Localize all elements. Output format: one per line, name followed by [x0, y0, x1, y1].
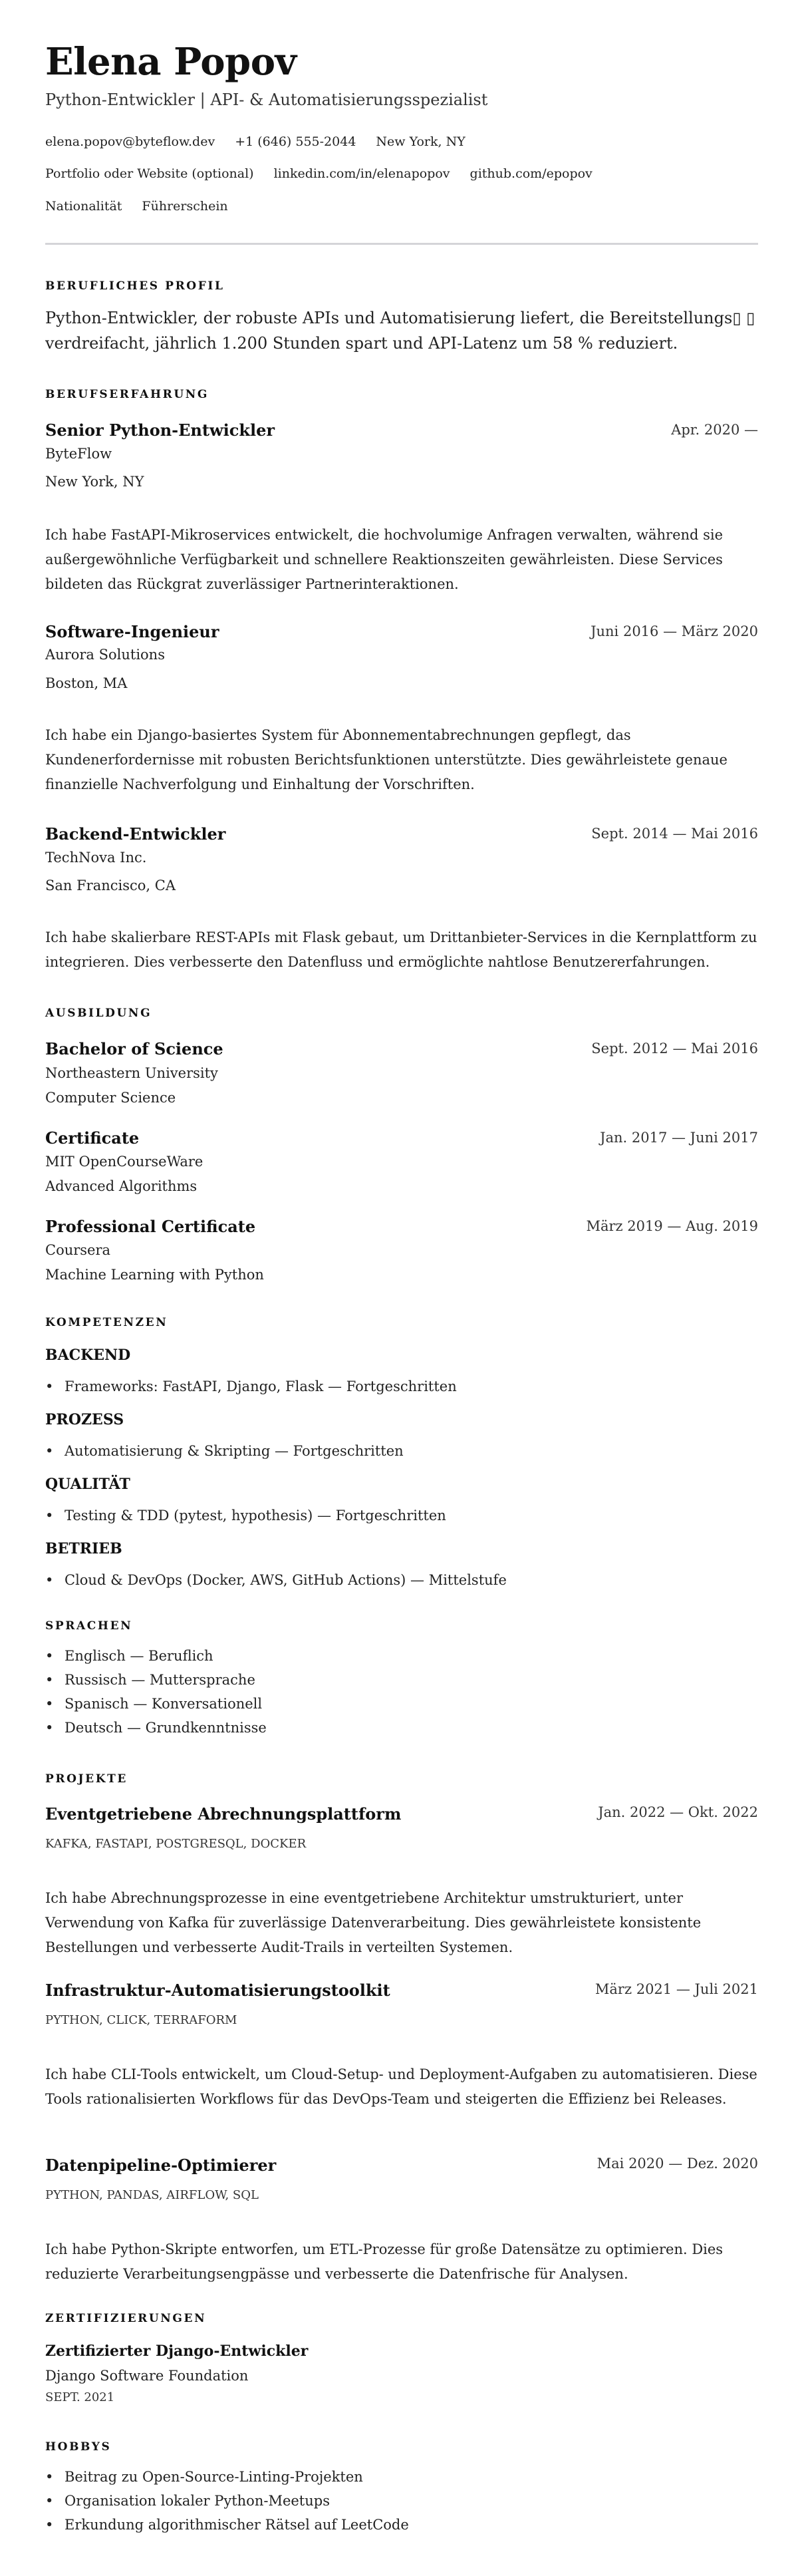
skill-item: •Cloud & DevOps (Docker, AWS, GitHub Act…: [45, 1571, 507, 1589]
bullet-icon: •: [45, 1671, 65, 1689]
contact-row-links: Portfolio oder Website (optional) linked…: [45, 165, 593, 182]
education-field: Computer Science: [45, 1088, 176, 1107]
project-description: Ich habe Python-Skripte entworfen, um ET…: [45, 2237, 758, 2287]
education-dates: März 2019 — Aug. 2019: [586, 1217, 758, 1235]
project-description: Ich habe Abrechnungsprozesse in eine eve…: [45, 1886, 758, 1960]
education-institution: Coursera: [45, 1241, 110, 1259]
section-heading-certifications: Zertifizierungen: [45, 2311, 206, 2326]
bullet-icon: •: [45, 2468, 65, 2486]
contact-portfolio[interactable]: Portfolio oder Website (optional): [45, 165, 254, 182]
contact-drivers-license: Führerschein: [142, 198, 227, 215]
job-company: Aurora Solutions: [45, 645, 165, 664]
job-dates: Juni 2016 — März 2020: [591, 622, 758, 641]
job-title: Senior Python-Entwickler: [45, 420, 275, 440]
skill-item: •Frameworks: FastAPI, Django, Flask — Fo…: [45, 1377, 457, 1396]
skill-item: •Automatisierung & Skripting — Fortgesch…: [45, 1442, 404, 1460]
candidate-headline: Python-Entwickler | API- & Automatisieru…: [45, 89, 487, 110]
job-description: Ich habe skalierbare REST-APIs mit Flask…: [45, 925, 758, 975]
contact-row-primary: elena.popov@byteflow.dev +1 (646) 555-20…: [45, 133, 465, 150]
skill-group-heading: Betrieb: [45, 1539, 122, 1558]
header-divider: [45, 243, 758, 245]
education-institution: Northeastern University: [45, 1064, 218, 1082]
contact-location: New York, NY: [376, 133, 465, 150]
project-title: Infrastruktur-Automatisierungstoolkit: [45, 1981, 390, 2001]
job-title: Backend-Entwickler: [45, 824, 225, 844]
skill-group-heading: Prozess: [45, 1410, 124, 1429]
education-field: Machine Learning with Python: [45, 1265, 264, 1284]
bullet-icon: •: [45, 1377, 65, 1396]
contact-github[interactable]: github.com/epopov: [470, 165, 593, 182]
project-tech-tags: Kafka, FastAPI, PostgreSQL, Docker: [45, 1836, 306, 1852]
contact-linkedin[interactable]: linkedin.com/in/elenapopov: [274, 165, 450, 182]
section-heading-education: Ausbildung: [45, 1006, 152, 1021]
contact-phone[interactable]: +1 (646) 555-2044: [235, 133, 356, 150]
hobby-item: •Organisation lokaler Python-Meetups: [45, 2492, 330, 2510]
project-dates: Jan. 2022 — Okt. 2022: [598, 1803, 758, 1822]
profile-summary: Python-Entwickler, der robuste APIs und …: [45, 305, 758, 356]
job-dates: Sept. 2014 — Mai 2016: [591, 824, 758, 843]
certification-title: Zertifizierter Django-Entwickler: [45, 2342, 308, 2360]
job-location: New York, NY: [45, 472, 144, 491]
hobby-item: •Beitrag zu Open-Source-Linting-Projekte…: [45, 2468, 363, 2486]
bullet-icon: •: [45, 1442, 65, 1460]
project-dates: März 2021 — Juli 2021: [595, 1980, 758, 1999]
section-heading-hobbies: Hobbys: [45, 2440, 111, 2454]
project-title: Eventgetriebene Abrechnungsplattform: [45, 1804, 401, 1824]
education-dates: Jan. 2017 — Juni 2017: [600, 1128, 758, 1147]
hobby-item: •Erkundung algorithmischer Rätsel auf Le…: [45, 2515, 409, 2534]
project-title: Datenpipeline-Optimierer: [45, 2156, 276, 2175]
bullet-icon: •: [45, 1694, 65, 1713]
language-item: •Englisch — Beruflich: [45, 1647, 213, 1665]
bullet-icon: •: [45, 1718, 65, 1737]
bullet-icon: •: [45, 2515, 65, 2534]
skill-item: •Testing & TDD (pytest, hypothesis) — Fo…: [45, 1506, 446, 1525]
job-company: ByteFlow: [45, 444, 112, 463]
contact-email[interactable]: elena.popov@byteflow.dev: [45, 133, 215, 150]
job-location: Boston, MA: [45, 674, 127, 693]
education-institution: MIT OpenCourseWare: [45, 1152, 203, 1171]
bullet-icon: •: [45, 1506, 65, 1525]
language-item: •Spanisch — Konversationell: [45, 1694, 262, 1713]
job-location: San Francisco, CA: [45, 876, 176, 895]
job-title: Software-Ingenieur: [45, 622, 219, 642]
job-description: Ich habe ein Django-basiertes System für…: [45, 723, 758, 797]
skill-group-heading: Qualität: [45, 1475, 130, 1494]
degree-title: Professional Certificate: [45, 1217, 255, 1237]
bullet-icon: •: [45, 1571, 65, 1589]
section-heading-experience: Berufserfahrung: [45, 387, 209, 402]
skill-group-heading: Backend: [45, 1346, 130, 1365]
degree-title: Certificate: [45, 1128, 139, 1148]
section-heading-skills: Kompetenzen: [45, 1315, 168, 1330]
project-tech-tags: Python, Click, Terraform: [45, 2012, 237, 2028]
contact-nationality: Nationalität: [45, 198, 122, 215]
certification-issuer: Django Software Foundation: [45, 2366, 248, 2385]
project-tech-tags: Python, Pandas, Airflow, SQL: [45, 2187, 259, 2203]
degree-title: Bachelor of Science: [45, 1039, 223, 1059]
project-description: Ich habe CLI-Tools entwickelt, um Cloud-…: [45, 2062, 758, 2112]
education-field: Advanced Algorithms: [45, 1177, 197, 1196]
job-company: TechNova Inc.: [45, 848, 146, 867]
language-item: •Russisch — Muttersprache: [45, 1671, 255, 1689]
education-dates: Sept. 2012 — Mai 2016: [591, 1039, 758, 1058]
job-description: Ich habe FastAPI-Mikroservices entwickel…: [45, 523, 758, 597]
project-dates: Mai 2020 — Dez. 2020: [597, 2154, 758, 2173]
bullet-icon: •: [45, 1647, 65, 1665]
bullet-icon: •: [45, 2492, 65, 2510]
section-heading-languages: Sprachen: [45, 1619, 132, 1633]
contact-row-personal: Nationalität Führerschein: [45, 198, 228, 215]
language-item: •Deutsch — Grundkenntnisse: [45, 1718, 267, 1737]
candidate-name: Elena Popov: [45, 39, 297, 85]
job-dates: Apr. 2020 —: [671, 420, 758, 439]
section-heading-projects: Projekte: [45, 1772, 128, 1786]
section-heading-profile: Berufliches Profil: [45, 279, 225, 293]
certification-date: Sept. 2021: [45, 2390, 114, 2406]
